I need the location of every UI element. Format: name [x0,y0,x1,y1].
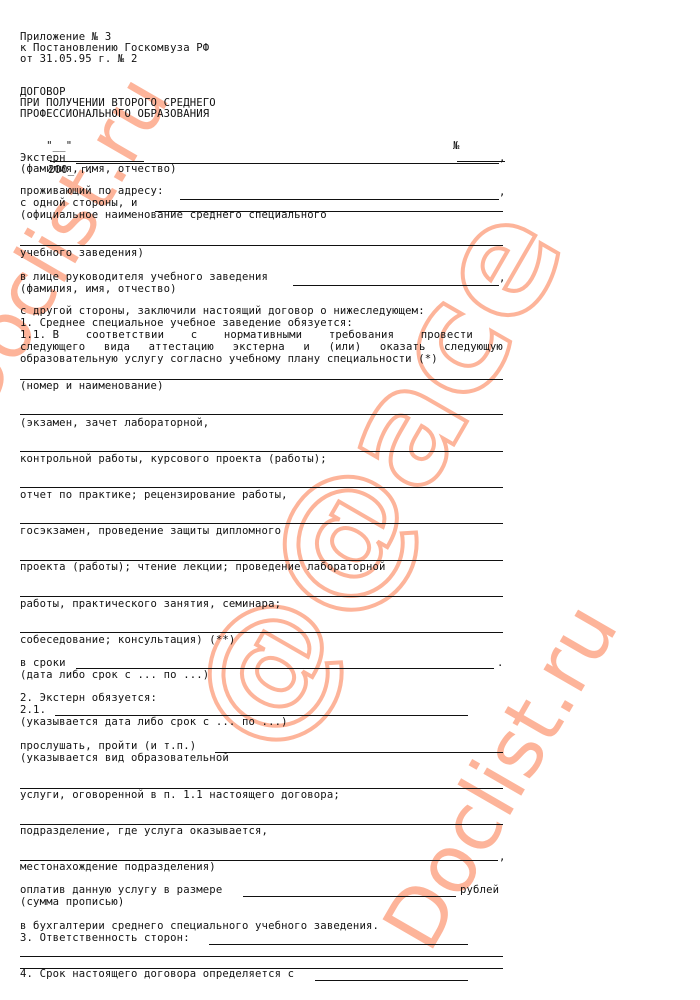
terms-hint: (дата либо срок с ... по ...) [20,670,209,681]
section-2-title: 2. Экстерн обязуется: [20,693,157,704]
service-hint-1: (экзамен, зачет лабораторной, [20,418,209,429]
word: соответствии [86,330,164,341]
date-line: "__" 200_ г. [20,130,144,141]
word: следующую [444,342,503,353]
attend-hint-3: подразделение, где услуга оказывается, [20,826,268,837]
term-start-field[interactable] [315,980,468,981]
institution-hint-1: (официальное наименование среднего специ… [20,210,327,221]
service-hint-2: контрольной работы, курсового проекта (р… [20,454,327,465]
period: . [497,658,504,669]
extern-fio-hint: (фамилия, имя, отчество) [20,164,177,175]
institution-hint-2: учебного заведения) [20,248,144,259]
word: и [303,342,310,353]
watermark-right: Doclist.ru [365,588,636,965]
p11-line-1: 1.1. В соответствии с нормативными требо… [20,330,503,341]
service-hint-5: проекта (работы); чтение лекции; проведе… [20,562,386,573]
service-hint-3: отчет по практике; рецензирование работы… [20,490,288,501]
service-field-3[interactable] [20,487,503,488]
word: оказать [380,342,426,353]
attend-field[interactable] [215,752,503,753]
word: следующего [20,342,85,353]
head-label: в лице руководителя учебного заведения [20,272,268,283]
document-subtitle-2: ПРОФЕССИОНАЛЬНОГО ОБРАЗОВАНИЯ [20,109,209,120]
service-hint-6: работы, практического занятия, семинара; [20,599,281,610]
comma: , [499,187,506,198]
attend-hint-2: услуги, оговоренной в п. 1.1 настоящего … [20,790,340,801]
address-label: проживающий по адресу: [20,186,164,197]
service-hint-4: госэкзамен, проведение защиты дипломного [20,526,281,537]
service-field-4[interactable] [20,523,503,524]
liability-field-2[interactable] [20,956,503,957]
pay-place: в бухгалтерии среднего специального учеб… [20,921,379,932]
p21-label: 2.1. [20,705,46,716]
service-field-7[interactable] [20,632,503,633]
word: 1.1. В [20,330,59,341]
attend-label: прослушать, пройти (и т.п.) [20,741,196,752]
pay-label: оплатив данную услугу в размере [20,885,222,896]
service-field-1[interactable] [20,414,503,415]
day-field[interactable]: "__" [46,140,72,152]
liability-field[interactable] [209,944,468,945]
word: требования [329,330,394,341]
comma: , [499,852,506,863]
word: (или) [329,342,362,353]
section-1-title: 1. Среднее специальное учебное заведение… [20,318,353,329]
word: провести [421,330,473,341]
specialty-hint: (номер и наименование) [20,381,164,392]
terms-label: в сроки [20,658,66,669]
comma: , [499,153,506,164]
pay-currency: рублей [460,885,499,896]
word: вида [104,342,130,353]
number-field[interactable] [457,152,505,162]
section-3-title: 3. Ответственность сторон: [20,933,190,944]
service-field-6[interactable] [20,596,503,597]
contract-number: № [427,130,505,141]
p11-line-3: образовательную услугу согласно учебному… [20,354,438,365]
comma: , [499,273,506,284]
decree-date: от 31.05.95 г. № 2 [20,54,138,65]
attend-hint-4: местонахождение подразделения) [20,862,216,873]
service-hint-7: собеседование; консультация) (**) [20,635,235,646]
address-field[interactable] [180,199,499,200]
other-side-text: с другой стороны, заключили настоящий до… [20,306,425,317]
word: нормативными [224,330,302,341]
head-name-field[interactable] [293,285,499,286]
word: с [191,330,198,341]
section-4-title: 4. Срок настоящего договора определяется… [20,969,294,980]
watermark-center: @@ace [153,177,600,777]
institution-name-field-2[interactable] [20,245,503,246]
pay-amount-field[interactable] [243,896,456,897]
one-side-label: с одной стороны, и [20,198,138,209]
word: экстерна [233,342,285,353]
number-label: № [453,140,460,152]
service-field-2[interactable] [20,451,503,452]
attend-hint-1: (указывается вид образовательной [20,753,229,764]
p21-hint: (указывается дата либо срок с ... по ...… [20,717,288,728]
pay-hint: (сумма прописью) [20,897,124,908]
head-fio-hint: (фамилия, имя, отчество) [20,284,177,295]
p11-line-2: следующего вида аттестацию экстерна и (и… [20,342,503,353]
word: аттестацию [149,342,214,353]
